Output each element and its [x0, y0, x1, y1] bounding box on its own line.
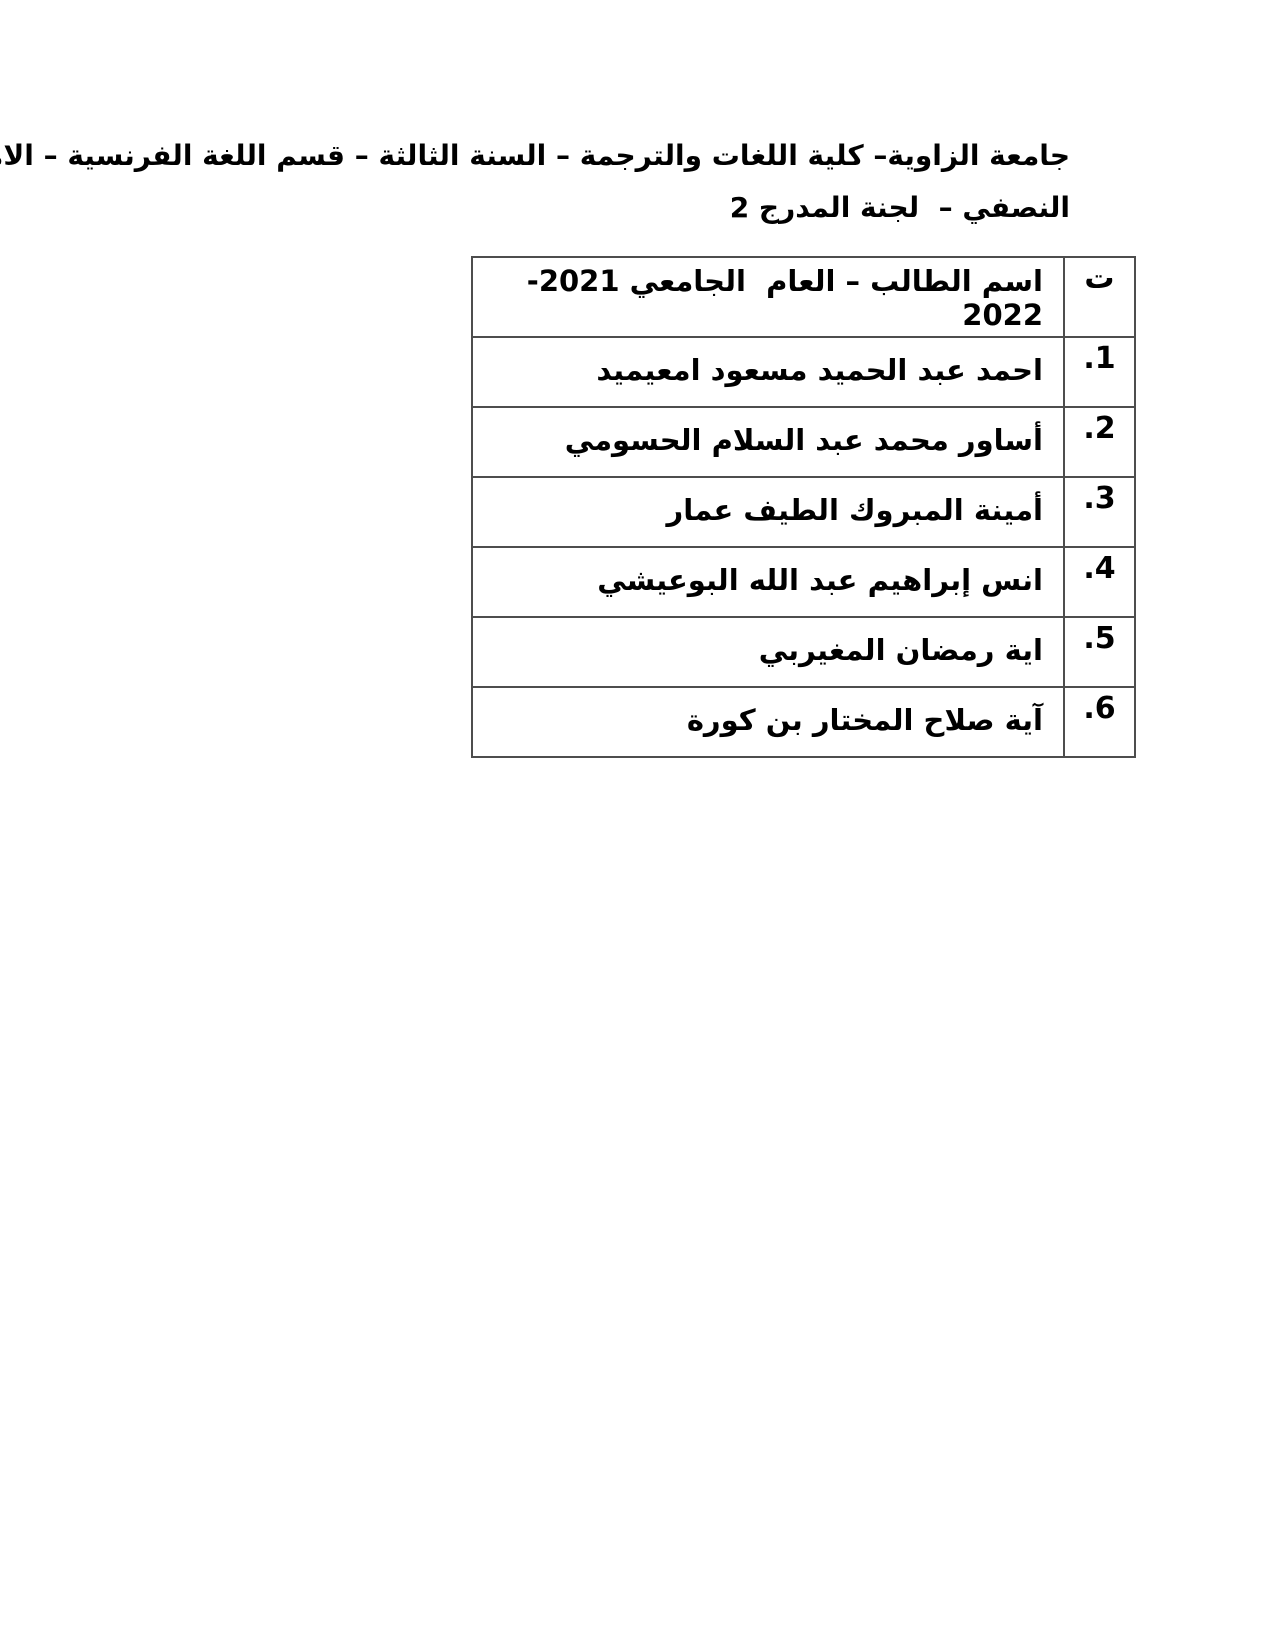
serial-cell: 2.	[1064, 407, 1135, 477]
serial-cell: 6.	[1064, 687, 1135, 757]
document-header: جامعة الزاوية– كلية اللغات والترجمة – ال…	[0, 130, 1070, 234]
table-header-row: ت اسم الطالب – العام الجامعي 2021‐2022	[472, 257, 1135, 337]
student-name-cell: احمد عبد الحميد مسعود امعيميد	[472, 337, 1064, 407]
student-name-cell: اية رمضان المغيربي	[472, 617, 1064, 687]
serial-column-header: ت	[1064, 257, 1135, 337]
header-line-2: النصفي – لجنة المدرج 2	[0, 182, 1070, 234]
student-name-cell: آية صلاح المختار بن كورة	[472, 687, 1064, 757]
table-row: 2. أساور محمد عبد السلام الحسومي	[472, 407, 1135, 477]
table-row: 4. انس إبراهيم عبد الله البوعيشي	[472, 547, 1135, 617]
table-row: 6. آية صلاح المختار بن كورة	[472, 687, 1135, 757]
serial-cell: 3.	[1064, 477, 1135, 547]
document-page: جامعة الزاوية– كلية اللغات والترجمة – ال…	[0, 0, 1275, 1650]
student-name-cell: أمينة المبروك الطيف عمار	[472, 477, 1064, 547]
student-name-cell: انس إبراهيم عبد الله البوعيشي	[472, 547, 1064, 617]
serial-cell: 5.	[1064, 617, 1135, 687]
header-line-1: جامعة الزاوية– كلية اللغات والترجمة – ال…	[0, 130, 1070, 182]
serial-cell: 1.	[1064, 337, 1135, 407]
student-name-cell: أساور محمد عبد السلام الحسومي	[472, 407, 1064, 477]
table-row: 3. أمينة المبروك الطيف عمار	[472, 477, 1135, 547]
table-row: 1. احمد عبد الحميد مسعود امعيميد	[472, 337, 1135, 407]
table-row: 5. اية رمضان المغيربي	[472, 617, 1135, 687]
serial-cell: 4.	[1064, 547, 1135, 617]
students-table: ت اسم الطالب – العام الجامعي 2021‐2022 1…	[471, 256, 1136, 758]
name-column-header: اسم الطالب – العام الجامعي 2021‐2022	[472, 257, 1064, 337]
